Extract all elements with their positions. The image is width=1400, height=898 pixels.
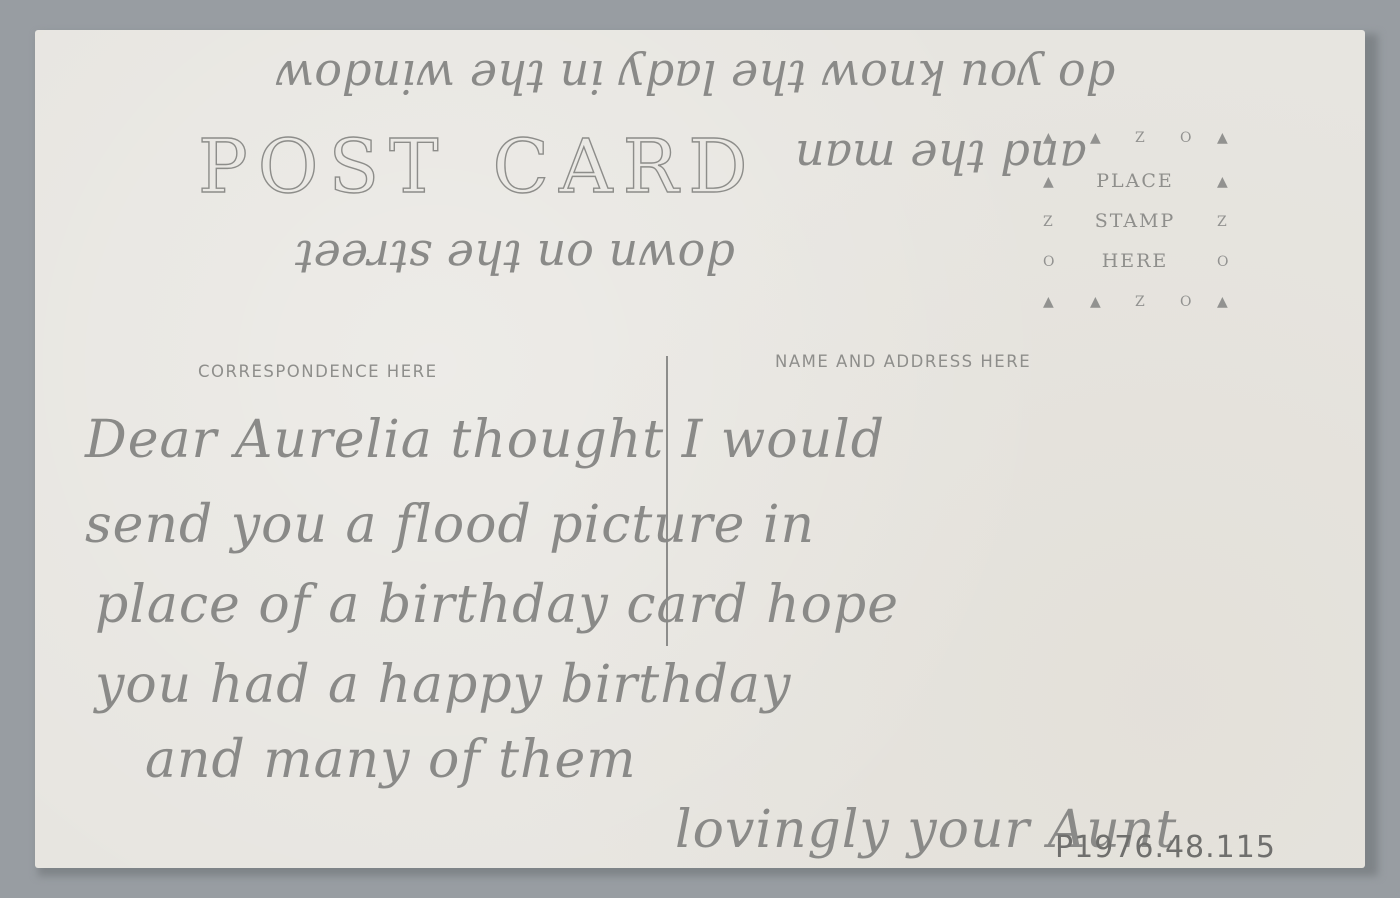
triangle-ornament-icon: ▲ xyxy=(1217,130,1228,146)
title-word-post: POST xyxy=(198,124,449,210)
triangle-ornament-icon: ▲ xyxy=(1090,130,1101,146)
stamp-text-here: HERE xyxy=(1035,250,1235,272)
o-ornament-icon: O xyxy=(1180,294,1191,310)
triangle-ornament-icon: ▲ xyxy=(1043,294,1054,310)
message-line-4: you had a happy birthday xyxy=(95,655,791,715)
o-ornament-icon: O xyxy=(1180,130,1191,146)
triangle-ornament-icon: ▲ xyxy=(1217,294,1228,310)
upside-down-note-line-3: down on the street xyxy=(295,230,735,284)
title-word-card: CARD xyxy=(493,124,758,210)
upside-down-note-line-1: do you know the lady in the window xyxy=(35,50,1355,104)
message-line-1: Dear Aurelia thought I would xyxy=(85,410,885,470)
postcard-back: POSTCARD ▲ ▲ Z O ▲ ▲ ▲ Z Z O O ▲ ▲ Z O ▲… xyxy=(35,30,1365,868)
message-line-3: place of a birthday card hope xyxy=(95,575,899,635)
correspondence-label: CORRESPONDENCE HERE xyxy=(198,362,438,381)
upside-down-note-line-2: and the man xyxy=(795,130,1087,184)
z-ornament-icon: Z xyxy=(1135,130,1145,146)
triangle-ornament-icon: ▲ xyxy=(1090,294,1101,310)
address-label: NAME AND ADDRESS HERE xyxy=(775,352,1031,371)
post-card-title: POSTCARD xyxy=(198,130,758,204)
accession-number: P1976.48.115 xyxy=(1055,830,1276,865)
message-line-2: send you a flood picture in xyxy=(85,495,815,555)
z-ornament-icon: Z xyxy=(1135,294,1145,310)
stamp-text-stamp: STAMP xyxy=(1035,210,1235,232)
message-line-5: and many of them xyxy=(145,730,637,790)
